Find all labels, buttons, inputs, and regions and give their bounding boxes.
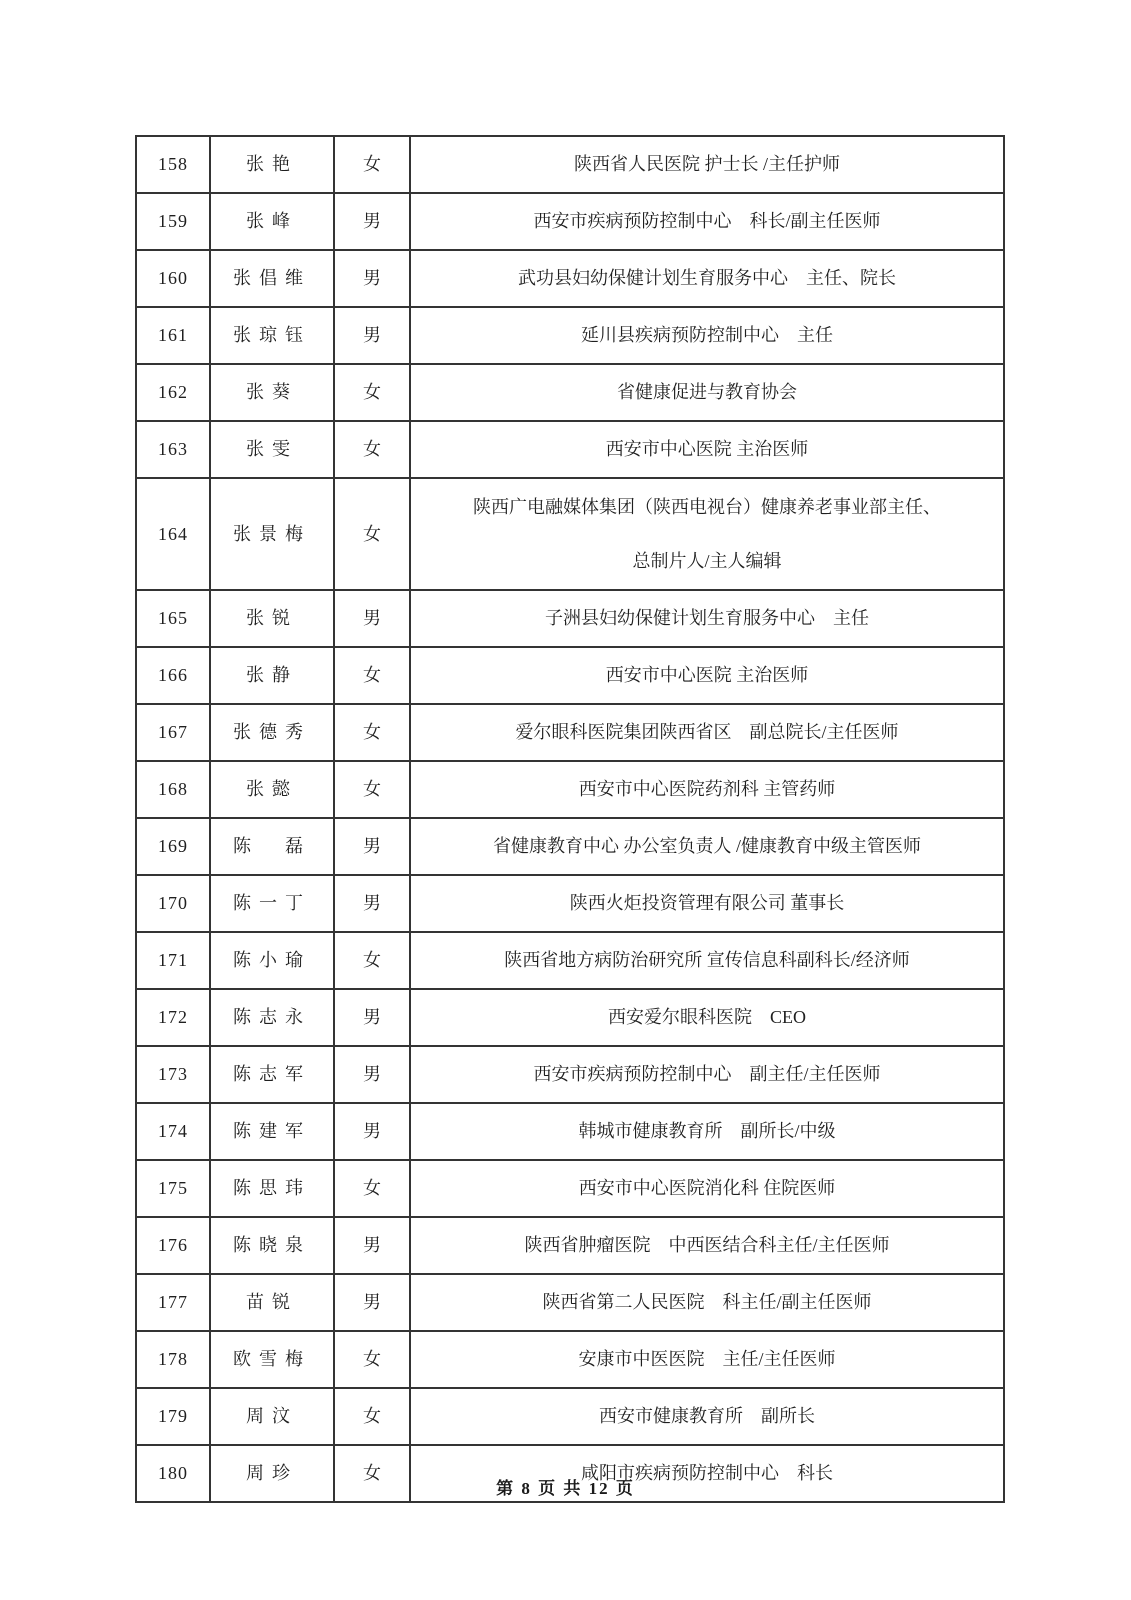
gender-cell: 男 (334, 590, 410, 647)
table-row: 173陈志军男西安市疾病预防控制中心 副主任/主任医师 (136, 1046, 1004, 1103)
name-cell: 陈小瑜 (210, 932, 334, 989)
name-cell: 张德秀 (210, 704, 334, 761)
gender-cell: 女 (334, 704, 410, 761)
unit-cell: 省健康促进与教育协会 (410, 364, 1004, 421)
unit-line: 子洲县妇幼保健计划生育服务中心 主任 (411, 607, 1003, 630)
row-number-cell: 173 (136, 1046, 210, 1103)
table-row: 176陈晓泉男陕西省肿瘤医院 中西医结合科主任/主任医师 (136, 1217, 1004, 1274)
row-number-cell: 166 (136, 647, 210, 704)
name-cell: 张琼钰 (210, 307, 334, 364)
unit-line: 西安市健康教育所 副所长 (411, 1405, 1003, 1428)
unit-cell: 子洲县妇幼保健计划生育服务中心 主任 (410, 590, 1004, 647)
page-footer: 第 8 页 共 12 页 (0, 1474, 1131, 1499)
name-cell: 张静 (210, 647, 334, 704)
unit-cell: 西安爱尔眼科医院 CEO (410, 989, 1004, 1046)
unit-line: 陕西省人民医院 护士长 /主任护师 (411, 153, 1003, 176)
row-number-cell: 170 (136, 875, 210, 932)
gender-cell: 女 (334, 761, 410, 818)
name-cell: 张葵 (210, 364, 334, 421)
unit-line: 武功县妇幼保健计划生育服务中心 主任、院长 (411, 267, 1003, 290)
unit-line: 省健康教育中心 办公室负责人 /健康教育中级主管医师 (411, 835, 1003, 858)
table-row: 175陈思玮女西安市中心医院消化科 住院医师 (136, 1160, 1004, 1217)
unit-cell: 韩城市健康教育所 副所长/中级 (410, 1103, 1004, 1160)
unit-line: 西安市疾病预防控制中心 科长/副主任医师 (411, 210, 1003, 233)
gender-cell: 男 (334, 818, 410, 875)
table-row: 165张锐男子洲县妇幼保健计划生育服务中心 主任 (136, 590, 1004, 647)
table-row: 174陈建军男韩城市健康教育所 副所长/中级 (136, 1103, 1004, 1160)
table-row: 168张懿女西安市中心医院药剂科 主管药师 (136, 761, 1004, 818)
unit-cell: 陕西省第二人民医院 科主任/副主任医师 (410, 1274, 1004, 1331)
unit-cell: 武功县妇幼保健计划生育服务中心 主任、院长 (410, 250, 1004, 307)
row-number-cell: 169 (136, 818, 210, 875)
unit-cell: 西安市中心医院 主治医师 (410, 421, 1004, 478)
row-number-cell: 163 (136, 421, 210, 478)
table-row: 178欧雪梅女安康市中医医院 主任/主任医师 (136, 1331, 1004, 1388)
name-cell: 陈建军 (210, 1103, 334, 1160)
gender-cell: 男 (334, 875, 410, 932)
table-row: 160张倡维男武功县妇幼保健计划生育服务中心 主任、院长 (136, 250, 1004, 307)
name-cell: 张雯 (210, 421, 334, 478)
unit-cell: 陕西火炬投资管理有限公司 董事长 (410, 875, 1004, 932)
table-row: 172陈志永男西安爱尔眼科医院 CEO (136, 989, 1004, 1046)
name-cell: 张懿 (210, 761, 334, 818)
name-cell: 张艳 (210, 136, 334, 193)
unit-line: 陕西省地方病防治研究所 宣传信息科副科长/经济师 (411, 949, 1003, 972)
row-number-cell: 159 (136, 193, 210, 250)
unit-line: 西安市疾病预防控制中心 副主任/主任医师 (411, 1063, 1003, 1086)
gender-cell: 男 (334, 989, 410, 1046)
gender-cell: 男 (334, 1274, 410, 1331)
row-number-cell: 172 (136, 989, 210, 1046)
table-row: 167张德秀女爱尔眼科医院集团陕西省区 副总院长/主任医师 (136, 704, 1004, 761)
row-number-cell: 178 (136, 1331, 210, 1388)
row-number-cell: 161 (136, 307, 210, 364)
unit-line: 陕西省肿瘤医院 中西医结合科主任/主任医师 (411, 1234, 1003, 1257)
gender-cell: 女 (334, 647, 410, 704)
unit-line: 西安市中心医院 主治医师 (411, 438, 1003, 461)
unit-line: 西安市中心医院 主治医师 (411, 664, 1003, 687)
name-cell: 陈志军 (210, 1046, 334, 1103)
name-cell: 张景梅 (210, 478, 334, 590)
unit-cell: 西安市中心医院药剂科 主管药师 (410, 761, 1004, 818)
name-cell: 周汶 (210, 1388, 334, 1445)
row-number-cell: 176 (136, 1217, 210, 1274)
name-cell: 欧雪梅 (210, 1331, 334, 1388)
unit-cell: 西安市疾病预防控制中心 科长/副主任医师 (410, 193, 1004, 250)
unit-cell: 西安市中心医院 主治医师 (410, 647, 1004, 704)
table-row: 163张雯女西安市中心医院 主治医师 (136, 421, 1004, 478)
unit-line: 韩城市健康教育所 副所长/中级 (411, 1120, 1003, 1143)
unit-line: 爱尔眼科医院集团陕西省区 副总院长/主任医师 (411, 721, 1003, 744)
row-number-cell: 171 (136, 932, 210, 989)
name-cell: 陈晓泉 (210, 1217, 334, 1274)
row-number-cell: 174 (136, 1103, 210, 1160)
table-row: 164张景梅女陕西广电融媒体集团（陕西电视台）健康养老事业部主任、总制片人/主人… (136, 478, 1004, 590)
gender-cell: 男 (334, 193, 410, 250)
row-number-cell: 175 (136, 1160, 210, 1217)
gender-cell: 女 (334, 1388, 410, 1445)
table-row: 171陈小瑜女陕西省地方病防治研究所 宣传信息科副科长/经济师 (136, 932, 1004, 989)
unit-cell: 爱尔眼科医院集团陕西省区 副总院长/主任医师 (410, 704, 1004, 761)
table-row: 159张峰男西安市疾病预防控制中心 科长/副主任医师 (136, 193, 1004, 250)
table-row: 166张静女西安市中心医院 主治医师 (136, 647, 1004, 704)
unit-line: 西安爱尔眼科医院 CEO (411, 1006, 1003, 1029)
unit-cell: 陕西省地方病防治研究所 宣传信息科副科长/经济师 (410, 932, 1004, 989)
gender-cell: 男 (334, 1046, 410, 1103)
unit-cell: 陕西省人民医院 护士长 /主任护师 (410, 136, 1004, 193)
unit-cell: 陕西广电融媒体集团（陕西电视台）健康养老事业部主任、总制片人/主人编辑 (410, 478, 1004, 590)
unit-line: 省健康促进与教育协会 (411, 381, 1003, 404)
unit-line: 总制片人/主人编辑 (411, 534, 1003, 588)
unit-cell: 西安市疾病预防控制中心 副主任/主任医师 (410, 1046, 1004, 1103)
gender-cell: 男 (334, 1217, 410, 1274)
name-cell: 苗锐 (210, 1274, 334, 1331)
gender-cell: 女 (334, 421, 410, 478)
gender-cell: 男 (334, 307, 410, 364)
gender-cell: 女 (334, 932, 410, 989)
table-row: 158张艳女陕西省人民医院 护士长 /主任护师 (136, 136, 1004, 193)
name-cell: 陈一丁 (210, 875, 334, 932)
name-cell: 张峰 (210, 193, 334, 250)
unit-cell: 西安市中心医院消化科 住院医师 (410, 1160, 1004, 1217)
name-cell: 陈志永 (210, 989, 334, 1046)
table-row: 179周汶女西安市健康教育所 副所长 (136, 1388, 1004, 1445)
gender-cell: 男 (334, 1103, 410, 1160)
row-number-cell: 179 (136, 1388, 210, 1445)
unit-cell: 省健康教育中心 办公室负责人 /健康教育中级主管医师 (410, 818, 1004, 875)
row-number-cell: 177 (136, 1274, 210, 1331)
name-cell: 张锐 (210, 590, 334, 647)
table-row: 169陈 磊男省健康教育中心 办公室负责人 /健康教育中级主管医师 (136, 818, 1004, 875)
unit-line: 陕西省第二人民医院 科主任/副主任医师 (411, 1291, 1003, 1314)
name-cell: 陈 磊 (210, 818, 334, 875)
unit-cell: 延川县疾病预防控制中心 主任 (410, 307, 1004, 364)
row-number-cell: 168 (136, 761, 210, 818)
unit-cell: 安康市中医医院 主任/主任医师 (410, 1331, 1004, 1388)
row-number-cell: 160 (136, 250, 210, 307)
unit-cell: 西安市健康教育所 副所长 (410, 1388, 1004, 1445)
unit-cell: 陕西省肿瘤医院 中西医结合科主任/主任医师 (410, 1217, 1004, 1274)
row-number-cell: 167 (136, 704, 210, 761)
name-cell: 陈思玮 (210, 1160, 334, 1217)
unit-line: 西安市中心医院药剂科 主管药师 (411, 778, 1003, 801)
table-row: 170陈一丁男陕西火炬投资管理有限公司 董事长 (136, 875, 1004, 932)
unit-line: 陕西广电融媒体集团（陕西电视台）健康养老事业部主任、 (411, 480, 1003, 534)
roster-table: 158张艳女陕西省人民医院 护士长 /主任护师159张峰男西安市疾病预防控制中心… (135, 135, 1005, 1503)
row-number-cell: 164 (136, 478, 210, 590)
unit-line: 安康市中医医院 主任/主任医师 (411, 1348, 1003, 1371)
row-number-cell: 162 (136, 364, 210, 421)
gender-cell: 男 (334, 250, 410, 307)
unit-line: 延川县疾病预防控制中心 主任 (411, 324, 1003, 347)
gender-cell: 女 (334, 136, 410, 193)
row-number-cell: 165 (136, 590, 210, 647)
table-row: 161张琼钰男延川县疾病预防控制中心 主任 (136, 307, 1004, 364)
document-page: 158张艳女陕西省人民医院 护士长 /主任护师159张峰男西安市疾病预防控制中心… (0, 0, 1131, 1600)
table-row: 162张葵女省健康促进与教育协会 (136, 364, 1004, 421)
gender-cell: 女 (334, 478, 410, 590)
name-cell: 张倡维 (210, 250, 334, 307)
unit-line: 陕西火炬投资管理有限公司 董事长 (411, 892, 1003, 915)
unit-line: 西安市中心医院消化科 住院医师 (411, 1177, 1003, 1200)
roster-table-body: 158张艳女陕西省人民医院 护士长 /主任护师159张峰男西安市疾病预防控制中心… (136, 136, 1004, 1502)
gender-cell: 女 (334, 1331, 410, 1388)
row-number-cell: 158 (136, 136, 210, 193)
table-row: 177苗锐男陕西省第二人民医院 科主任/副主任医师 (136, 1274, 1004, 1331)
gender-cell: 女 (334, 364, 410, 421)
gender-cell: 女 (334, 1160, 410, 1217)
